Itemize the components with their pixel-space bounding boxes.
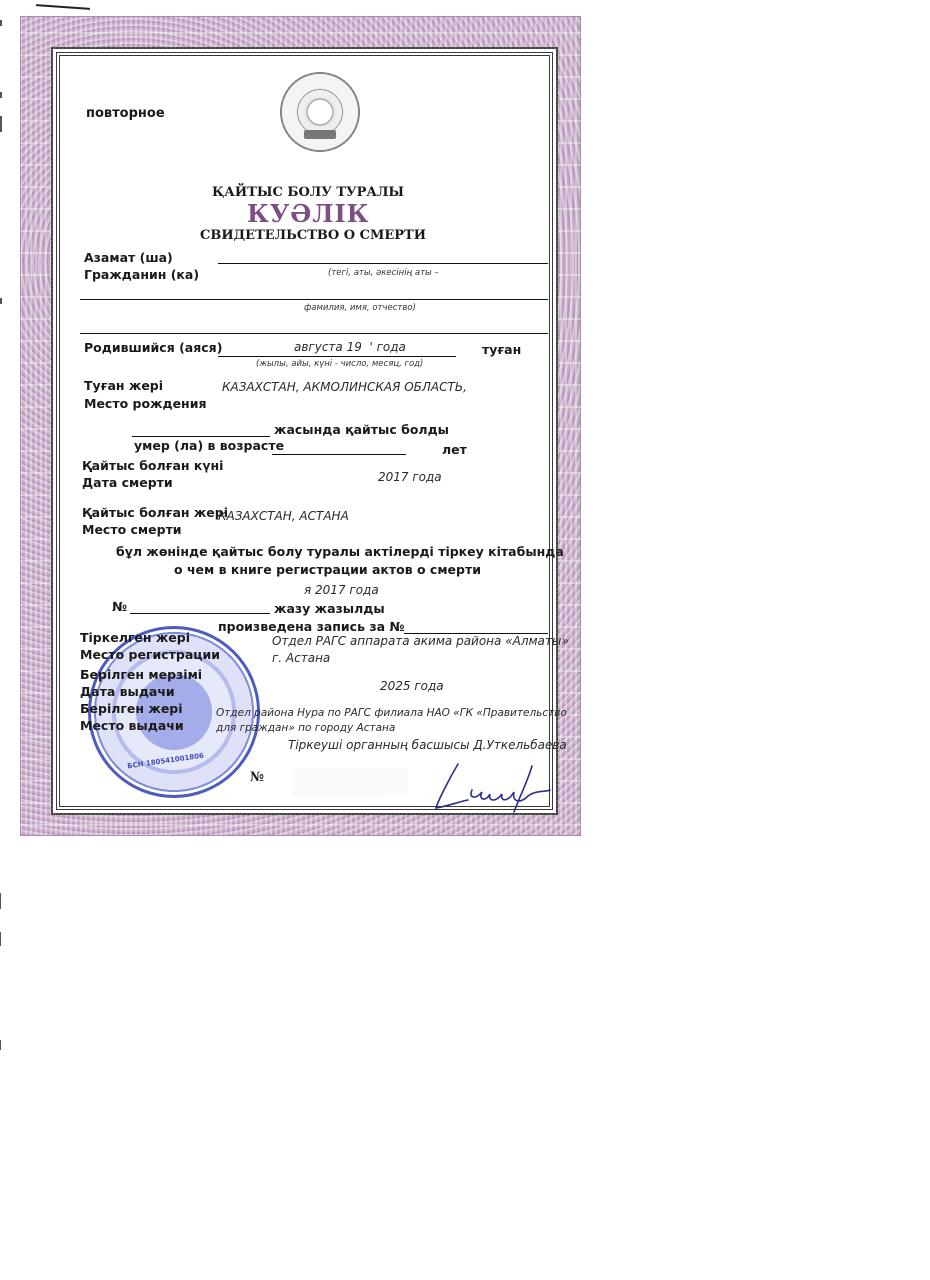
scan-artifact — [36, 4, 90, 10]
registry-text-kz: бұл жөнінде қайтыс болу туралы актілерді… — [116, 544, 564, 559]
record-number-line — [130, 613, 270, 614]
title-kz-line: ҚАЙТЫС БОЛУ ТУРАЛЫ — [212, 185, 404, 200]
issue-date-label-ru: Дата выдачи — [80, 684, 175, 699]
serial-number-symbol: № — [250, 770, 264, 785]
death-certificate: повторное ҚАЙТЫС БОЛУ ТУРАЛЫ КУӘЛІК СВИД… — [20, 16, 581, 836]
death-place-label-ru: Место смерти — [82, 522, 182, 537]
born-date-value: августа 19 ' года — [294, 340, 406, 354]
registry-date-value: я 2017 года — [304, 583, 379, 597]
record-label-kz: жазу жазылды — [274, 601, 385, 616]
registry-text-ru: о чем в книге регистрации актов о смерти — [174, 562, 481, 577]
title-ru: СВИДЕТЕЛЬСТВО О СМЕРТИ — [200, 228, 426, 243]
age-label-ru: умер (ла) в возрасте — [134, 438, 284, 453]
death-place-label-kz: Қайтыс болған жері — [82, 505, 228, 520]
citizen-label-kz: Азамат (ша) — [84, 250, 173, 265]
age-line-kz — [132, 436, 270, 437]
scan-artifact — [0, 932, 1, 946]
birthplace-label-ru: Место рождения — [84, 396, 206, 411]
issue-date-label-kz: Берілген мерзімі — [80, 667, 202, 682]
citizen-label-ru: Гражданин (ка) — [84, 267, 199, 282]
name-hint-ru: фамилия, имя, отчество) — [304, 303, 416, 313]
scan-artifact — [0, 20, 2, 26]
scan-artifact — [0, 298, 2, 304]
born-label-ru: Родившийся (аяся) — [84, 340, 222, 355]
title-kz-main: КУӘЛІК — [247, 199, 370, 228]
record-number-symbol: № — [112, 599, 127, 614]
issue-place-label-kz: Берілген жері — [80, 701, 183, 716]
death-date-label-ru: Дата смерти — [82, 475, 173, 490]
name-line-2 — [80, 299, 548, 300]
death-place-value: КАЗАХСТАН, АСТАНА — [218, 509, 349, 523]
age-line-ru — [272, 454, 406, 455]
issue-date-value: 2025 года — [380, 679, 444, 693]
issue-place-value-2: для граждан» по городу Астана — [216, 722, 395, 734]
scan-artifact — [0, 92, 2, 98]
scan-artifact — [0, 1040, 1, 1050]
inner-ornamental-frame: повторное ҚАЙТЫС БОЛУ ТУРАЛЫ КУӘЛІК СВИД… — [56, 52, 553, 810]
name-line-3 — [80, 333, 548, 334]
death-date-value: 2017 года — [378, 470, 442, 484]
scan-artifact — [0, 893, 1, 909]
reg-place-label-ru: Место регистрации — [80, 647, 220, 662]
reg-place-value-1: Отдел РАГС аппарата акима района «Алматы… — [272, 634, 569, 648]
birthplace-label-kz: Туған жері — [84, 378, 163, 393]
age-label-kz: жасында қайтыс болды — [274, 422, 449, 437]
issue-place-label-ru: Место выдачи — [80, 718, 184, 733]
state-emblem-icon — [278, 70, 362, 154]
birthplace-value: КАЗАХСТАН, АКМОЛИНСКАЯ ОБЛАСТЬ, — [222, 380, 467, 394]
seal-bin: БСН 180541001806 — [127, 752, 205, 771]
name-hint-kz: (тегі, аты, әкесінің аты – — [328, 268, 439, 278]
head-signature-text: Тіркеуші органның басшысы Д.Уткельбаева — [288, 738, 567, 752]
reg-place-value-2: г. Астана — [272, 651, 330, 665]
born-label-kz: туған — [482, 342, 521, 357]
age-unit: лет — [442, 442, 467, 457]
reg-place-label-kz: Тіркелген жері — [80, 630, 190, 645]
death-date-label-kz: Қайтыс болған күні — [82, 458, 223, 473]
signature-icon — [428, 756, 558, 816]
record-label-ru: произведена запись за № — [218, 619, 404, 634]
duplicate-label: повторное — [86, 106, 165, 121]
born-date-hint: (жылы, айы, күні - число, месяц, год) — [256, 359, 423, 369]
name-line-1 — [218, 263, 548, 264]
serial-number-redacted — [292, 768, 408, 796]
scan-artifact — [0, 116, 2, 132]
issue-place-value-1: Отдел района Нура по РАГС филиала НАО «Г… — [216, 707, 567, 719]
born-date-line — [218, 356, 456, 357]
